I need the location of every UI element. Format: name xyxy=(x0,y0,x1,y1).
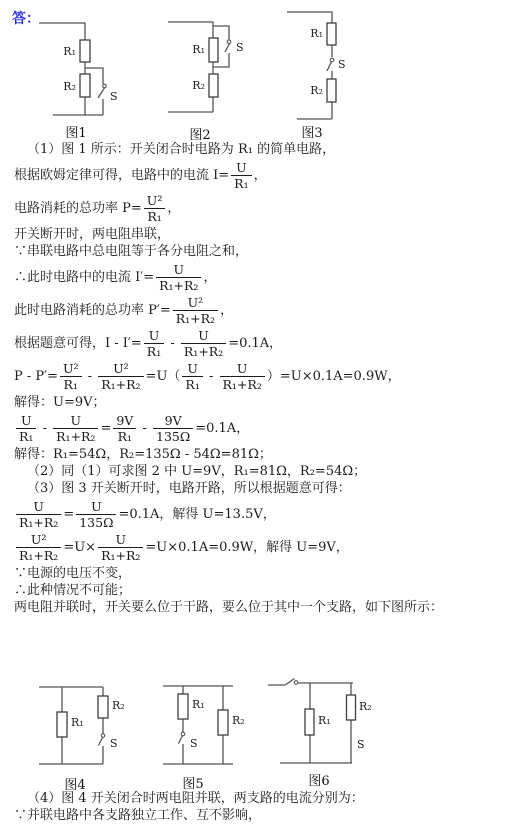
text-run: ∴此种情况不可能； xyxy=(14,583,131,598)
text-line: （2）同（1）可求图 2 中 U=9V，R₁=81Ω，R₂=54Ω； xyxy=(0,463,524,480)
switch-terminal-icon xyxy=(101,734,105,738)
text-block-main: （1）图 1 所示：开关闭合时电路为 R₁ 的简单电路，根据欧姆定律可得，电路中… xyxy=(0,141,524,616)
label-s: S xyxy=(190,737,198,750)
label-r1: R₁ xyxy=(71,716,84,729)
switch-terminal-icon xyxy=(227,40,231,44)
fraction-numerator: 9V xyxy=(113,413,136,429)
document-page: 答： R₁ R₂ S 图1 R₁ R₂ S 图2 R₁ R₂ S 图3 （1）图… xyxy=(0,0,530,825)
text-block-bottom: （4）图 4 开关闭合时两电阻并联，两支路的电流分别为：∵并联电路中各支路独立工… xyxy=(0,790,524,824)
text-line: （1）图 1 所示：开关闭合时电路为 R₁ 的简单电路， xyxy=(0,141,524,158)
fraction-numerator: U xyxy=(16,413,36,429)
fraction: UR₁ xyxy=(231,160,251,191)
switch-lever-icon xyxy=(98,87,105,98)
text-line: （4）图 4 开关闭合时两电阻并联，两支路的电流分别为： xyxy=(0,790,524,807)
text-run: ∵串联电路中总电阻等于各分电阻之和， xyxy=(14,244,248,259)
fraction-denominator: R₁+R₂ xyxy=(16,548,61,563)
fraction-denominator: R₁ xyxy=(182,377,202,392)
text-run: 此时电路消耗的总功率 P′= xyxy=(14,303,171,318)
figure-caption-1: 图1 xyxy=(56,122,96,141)
resistor-r2 xyxy=(347,695,356,720)
label-r2: R₂ xyxy=(310,84,323,97)
fraction-numerator: U² xyxy=(60,361,82,377)
text-line: 电路消耗的总功率 P=U²R₁， xyxy=(0,193,524,224)
text-line: 开关断开时，两电阻串联， xyxy=(0,226,524,243)
text-run: P - P′= xyxy=(14,369,58,384)
fraction: UR₁+R₂ xyxy=(98,532,143,563)
fraction-numerator: U xyxy=(98,532,143,548)
fraction: U²R₁+R₂ xyxy=(98,361,143,392)
text-run: （1）图 1 所示：开关闭合时电路为 R₁ 的简单电路， xyxy=(27,142,335,157)
text-run: ∵并联电路中各支路独立工作、互不影响， xyxy=(14,808,261,823)
resistor-r1 xyxy=(327,23,336,45)
fraction-denominator: R₁+R₂ xyxy=(53,429,98,444)
figure-caption-3: 图3 xyxy=(292,122,332,141)
circuit-figure-1: R₁ R₂ S xyxy=(35,8,125,123)
fraction-denominator: R₁+R₂ xyxy=(220,377,265,392)
label-r2: R₂ xyxy=(192,79,205,92)
fraction: U²R₁ xyxy=(144,193,166,224)
label-s: S xyxy=(236,41,244,54)
fraction-numerator: U xyxy=(181,328,226,344)
label-r2: R₂ xyxy=(359,700,372,713)
resistor-r1 xyxy=(178,694,188,719)
text-run: =0.1A， xyxy=(195,421,249,436)
text-run: - xyxy=(84,369,97,384)
circuit-figure-3: R₁ R₂ S xyxy=(285,4,365,124)
text-line: 解得：U=9V； xyxy=(0,394,524,411)
text-run: 两电阻并联时，开关要么位于干路，要么位于其中一个支路，如下图所示： xyxy=(14,600,443,615)
fraction-denominator: R₁ xyxy=(144,344,164,359)
switch-lever-icon xyxy=(327,62,332,72)
text-line: 根据欧姆定律可得，电路中的电流 I=UR₁， xyxy=(0,160,524,191)
text-run: - xyxy=(38,421,51,436)
text-run: =U（ xyxy=(146,369,181,384)
fraction: UR₁ xyxy=(182,361,202,392)
label-r2: R₂ xyxy=(63,80,76,93)
text-run: ， xyxy=(203,270,216,285)
label-s: S xyxy=(110,90,118,103)
label-r1: R₁ xyxy=(192,698,205,711)
label-r2: R₂ xyxy=(112,699,125,712)
fraction-denominator: R₁+R₂ xyxy=(98,377,143,392)
circuit-figure-2: R₁ R₂ S xyxy=(165,8,250,120)
text-line: ∴此种情况不可能； xyxy=(0,582,524,599)
fraction-numerator: U² xyxy=(173,295,218,311)
resistor-r2 xyxy=(209,74,218,97)
fraction-numerator: U xyxy=(182,361,202,377)
text-line: UR₁+R₂=U135Ω=0.1A，解得 U=13.5V， xyxy=(0,499,524,530)
wires xyxy=(168,22,229,112)
fraction-numerator: U xyxy=(53,413,98,429)
fraction-numerator: U xyxy=(76,499,116,515)
fraction: UR₁ xyxy=(16,413,36,444)
text-run: ， xyxy=(220,303,233,318)
fraction-numerator: U xyxy=(16,499,61,515)
fraction: U²R₁+R₂ xyxy=(173,295,218,326)
text-line: U²R₁+R₂=U×UR₁+R₂=U×0.1A=0.9W，解得 U=9V， xyxy=(0,532,524,563)
text-run: =U×0.1A=0.9W，解得 U=9V， xyxy=(145,540,348,555)
fraction-numerator: U xyxy=(144,328,164,344)
switch-terminal-icon xyxy=(103,84,107,88)
resistor-r1 xyxy=(209,38,218,62)
text-run: ， xyxy=(254,168,267,183)
label-r1: R₁ xyxy=(63,45,76,58)
fraction-denominator: R₁+R₂ xyxy=(173,311,218,326)
fraction-numerator: 9V xyxy=(153,413,193,429)
text-line: 解得：R₁=54Ω，R₂=135Ω - 54Ω=81Ω； xyxy=(0,446,524,463)
text-run: 根据题意可得，I - I′= xyxy=(14,336,142,351)
label-r2: R₂ xyxy=(232,714,245,727)
fraction-denominator: 135Ω xyxy=(153,429,193,444)
text-line: 此时电路消耗的总功率 P′=U²R₁+R₂， xyxy=(0,295,524,326)
fraction: U²R₁+R₂ xyxy=(16,532,61,563)
figure-caption-6: 图6 xyxy=(299,770,339,789)
text-run: - xyxy=(205,369,218,384)
text-run: ∵电源的电压不变， xyxy=(14,566,131,581)
fraction: UR₁+R₂ xyxy=(181,328,226,359)
fraction-denominator: R₁ xyxy=(231,176,251,191)
text-run: =U× xyxy=(63,540,96,555)
fraction-numerator: U xyxy=(231,160,251,176)
fraction-numerator: U xyxy=(220,361,265,377)
fraction-denominator: R₁+R₂ xyxy=(181,344,226,359)
fraction-numerator: U² xyxy=(16,532,61,548)
fraction: U²R₁ xyxy=(60,361,82,392)
resistor-r2 xyxy=(218,710,228,735)
fraction-denominator: R₁ xyxy=(16,429,36,444)
circuit-figure-4: R₁ R₂ S xyxy=(35,680,130,768)
circuit-figure-6: R₁ R₂ S xyxy=(265,674,377,766)
resistor-r2 xyxy=(327,79,336,102)
fraction: UR₁+R₂ xyxy=(16,499,61,530)
text-line: 根据题意可得，I - I′=UR₁ - UR₁+R₂=0.1A， xyxy=(0,328,524,359)
text-run: 电路消耗的总功率 P= xyxy=(14,201,142,216)
resistor-r1 xyxy=(305,709,314,735)
text-run: 解得：U=9V； xyxy=(14,395,106,410)
text-run: （3）图 3 开关断开时，电路开路，所以根据题意可得： xyxy=(27,481,351,496)
fraction: 9V135Ω xyxy=(153,413,193,444)
fraction: U135Ω xyxy=(76,499,116,530)
text-run: ∴此时电路中的电流 I′= xyxy=(14,270,154,285)
fraction-numerator: U xyxy=(156,262,201,278)
label-s: S xyxy=(338,58,346,71)
switch-terminal-icon xyxy=(330,58,334,62)
text-line: ∵电源的电压不变， xyxy=(0,565,524,582)
label-r1: R₁ xyxy=(192,43,205,56)
fraction-numerator: U² xyxy=(144,193,166,209)
text-line: ∴此时电路中的电流 I′=UR₁+R₂， xyxy=(0,262,524,293)
text-line: 两电阻并联时，开关要么位于干路，要么位于其中一个支路，如下图所示： xyxy=(0,599,524,616)
text-run: = xyxy=(100,421,111,436)
text-line: P - P′=U²R₁ - U²R₁+R₂=U（UR₁ - UR₁+R₂）=U×… xyxy=(0,361,524,392)
resistor-r2 xyxy=(80,74,90,97)
text-run: 解得：R₁=54Ω，R₂=135Ω - 54Ω=81Ω； xyxy=(14,447,272,462)
switch-lever-icon xyxy=(179,735,183,744)
circuit-figure-5: R₁ R₂ S xyxy=(160,680,250,768)
text-run: （4）图 4 开关闭合时两电阻并联，两支路的电流分别为： xyxy=(27,791,364,806)
fraction: UR₁+R₂ xyxy=(53,413,98,444)
fraction-denominator: R₁+R₂ xyxy=(156,278,201,293)
label-r1: R₁ xyxy=(318,714,331,727)
fraction-denominator: R₁ xyxy=(61,377,81,392)
fraction: 9VR₁ xyxy=(113,413,136,444)
switch-lever-icon xyxy=(225,44,230,53)
resistor-r1 xyxy=(80,40,90,62)
text-run: - xyxy=(138,421,151,436)
fraction: UR₁ xyxy=(144,328,164,359)
text-line: ∵并联电路中各支路独立工作、互不影响， xyxy=(0,807,524,824)
wires xyxy=(39,23,103,115)
text-line: UR₁ - UR₁+R₂=9VR₁ - 9V135Ω=0.1A， xyxy=(0,413,524,444)
text-line: （3）图 3 开关断开时，电路开路，所以根据题意可得： xyxy=(0,480,524,497)
resistor-r1 xyxy=(57,712,67,737)
switch-terminal-icon xyxy=(294,681,298,685)
text-run: ， xyxy=(167,201,180,216)
text-run: 开关断开时，两电阻串联， xyxy=(14,227,170,242)
text-run: - xyxy=(166,336,179,351)
label-s: S xyxy=(357,738,365,751)
text-run: = xyxy=(63,507,74,522)
fraction-denominator: R₁ xyxy=(144,209,164,224)
fraction-denominator: 135Ω xyxy=(76,515,116,530)
label-r1: R₁ xyxy=(310,27,323,40)
switch-lever-icon xyxy=(285,679,295,686)
text-run: =0.1A，解得 U=13.5V， xyxy=(118,507,275,522)
label-s: S xyxy=(110,737,118,750)
fraction-denominator: R₁ xyxy=(115,429,135,444)
fraction: UR₁+R₂ xyxy=(220,361,265,392)
fraction-denominator: R₁+R₂ xyxy=(98,548,143,563)
text-run: 根据欧姆定律可得，电路中的电流 I= xyxy=(14,168,229,183)
text-line: ∵串联电路中总电阻等于各分电阻之和， xyxy=(0,243,524,260)
switch-terminal-icon xyxy=(181,732,185,736)
text-run: ）=U×0.1A=0.9W， xyxy=(267,369,401,384)
fraction-numerator: U² xyxy=(98,361,143,377)
text-run: （2）同（1）可求图 2 中 U=9V，R₁=81Ω，R₂=54Ω； xyxy=(27,464,366,479)
text-run: =0.1A， xyxy=(228,336,282,351)
resistor-r2 xyxy=(98,696,108,718)
fraction: UR₁+R₂ xyxy=(156,262,201,293)
switch-lever-icon xyxy=(99,737,103,746)
fraction-denominator: R₁+R₂ xyxy=(16,515,61,530)
